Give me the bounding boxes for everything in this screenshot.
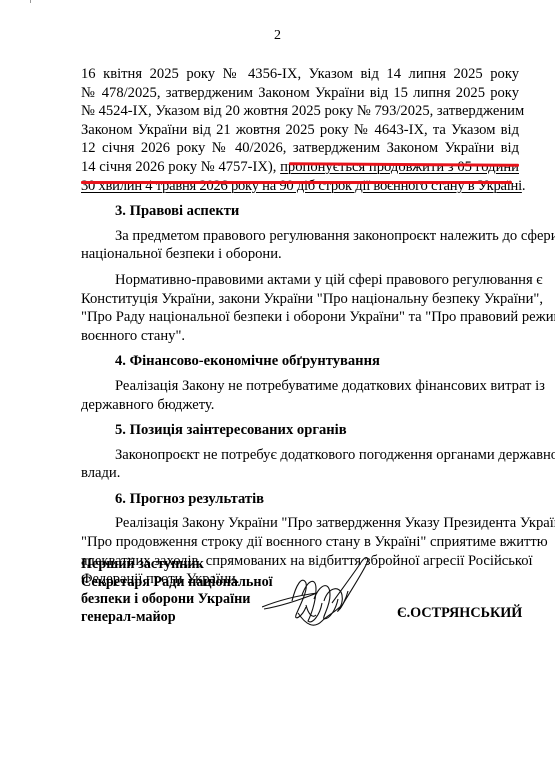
text-line: Конституція України, закони України "Про… bbox=[81, 290, 519, 309]
scan-mark bbox=[30, 0, 31, 3]
text-line: воєнного стану". bbox=[81, 327, 519, 346]
handwritten-signature-icon bbox=[262, 555, 372, 635]
text-line: Реалізація Закону України "Про затвердже… bbox=[81, 514, 519, 533]
text-line: влади. bbox=[81, 464, 519, 483]
signatory-title: Перший заступник Секретаря Ради націонал… bbox=[81, 556, 273, 626]
signatory-name: Є.ОСТРЯНСЬКИЙ bbox=[397, 605, 522, 622]
section-heading-forecast: 6. Прогноз результатів bbox=[81, 490, 519, 509]
text-line: Законопроєкт не потребує додаткового пог… bbox=[81, 446, 519, 465]
text-line: № 4524-IX, Указом від 20 жовтня 2025 рок… bbox=[81, 102, 519, 121]
document-body: 16 квітня 2025 року № 4356-IX, Указом ві… bbox=[81, 65, 519, 596]
text-line: 30 хвилин 4 травня 2026 року на 90 діб с… bbox=[81, 177, 519, 196]
text-line: "Про Раду національної безпеки і оборони… bbox=[81, 308, 519, 327]
page-number: 2 bbox=[0, 28, 555, 44]
paragraph: За предметом правового регулювання закон… bbox=[81, 227, 519, 264]
section-heading-stakeholders: 5. Позиція заінтересованих органів bbox=[81, 421, 519, 440]
text-line: За предметом правового регулювання закон… bbox=[81, 227, 519, 246]
text-line: 12 січня 2026 року № 40/2026, затверджен… bbox=[81, 139, 519, 158]
section-heading-financial: 4. Фінансово-економічне обґрунтування bbox=[81, 352, 519, 371]
text-segment: . bbox=[522, 178, 525, 194]
highlighted-proposal-text: 30 хвилин 4 травня 2026 року на 90 діб с… bbox=[81, 178, 522, 194]
signatory-title-line: генерал-майор bbox=[81, 609, 273, 627]
paragraph: Нормативно-правовими актами у цій сфері … bbox=[81, 271, 519, 345]
text-line: 14 січня 2026 року № 4757-IX), пропонуєт… bbox=[81, 158, 519, 177]
text-line: 16 квітня 2025 року № 4356-IX, Указом ві… bbox=[81, 65, 519, 84]
signatory-title-line: безпеки і оборони України bbox=[81, 591, 273, 609]
text-line: Реалізація Закону не потребуватиме додат… bbox=[81, 377, 519, 396]
signatory-title-line: Перший заступник bbox=[81, 556, 273, 574]
text-line: державного бюджету. bbox=[81, 396, 519, 415]
red-highlight-underline bbox=[81, 181, 512, 184]
text-line: Законом України від 21 жовтня 2025 року … bbox=[81, 121, 519, 140]
section-heading-legal-aspects: 3. Правові аспекти bbox=[81, 202, 519, 221]
text-line: "Про продовження строку дії воєнного ста… bbox=[81, 533, 519, 552]
paragraph: Реалізація Закону не потребуватиме додат… bbox=[81, 377, 519, 414]
highlighted-proposal-text: пропонується продовжити з 05 години bbox=[280, 159, 519, 175]
text-segment: 14 січня 2026 року № 4757-IX), bbox=[81, 159, 280, 175]
intro-paragraph: 16 квітня 2025 року № 4356-IX, Указом ві… bbox=[81, 65, 519, 195]
text-line: № 478/2025, затвердженим Законом України… bbox=[81, 84, 519, 103]
paragraph: Законопроєкт не потребує додаткового пог… bbox=[81, 446, 519, 483]
text-line: національної безпеки і оборони. bbox=[81, 245, 519, 264]
signatory-title-line: Секретаря Ради національної bbox=[81, 574, 273, 592]
text-line: Нормативно-правовими актами у цій сфері … bbox=[81, 271, 519, 290]
